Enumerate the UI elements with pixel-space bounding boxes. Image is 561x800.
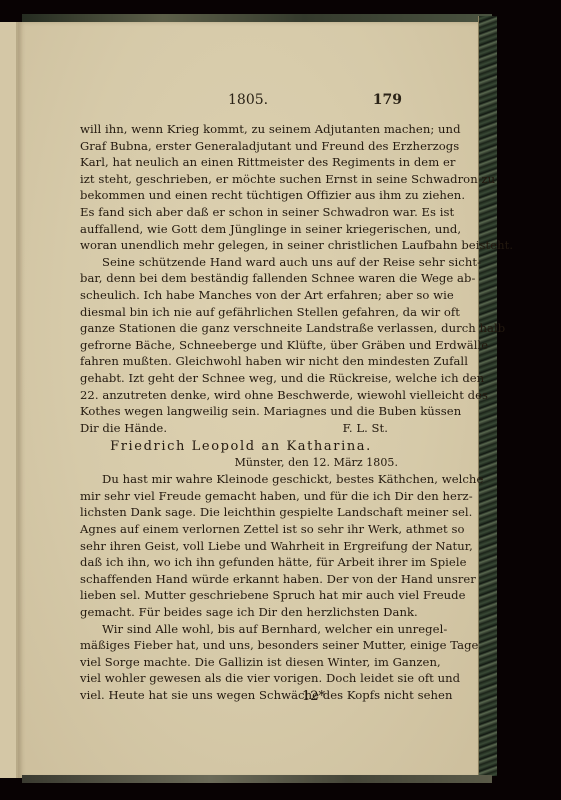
text-line-with-signature: Dir die Hände. F. L. St. (80, 420, 402, 437)
text-line: fahren mußten. Gleichwohl haben wir nich… (80, 353, 402, 370)
book-scan: 1805. 179 will ihn, wenn Krieg kommt, zu… (0, 0, 561, 800)
text-line: izt steht, geschrieben, er möchte suchen… (80, 171, 402, 188)
text-line: bekommen und einen recht tüchtigen Offiz… (80, 187, 402, 204)
text-line: will ihn, wenn Krieg kommt, zu seinem Ad… (80, 121, 402, 138)
text-line: Es fand sich aber daß er schon in seiner… (80, 204, 402, 221)
running-head-year: 1805. (228, 92, 268, 108)
letter-dateline: Münster, den 12. März 1805. (80, 455, 402, 471)
text-line: Seine schützende Hand ward auch uns auf … (80, 254, 402, 271)
text-line: schaffenden Hand würde erkannt haben. De… (80, 571, 402, 588)
text-line: viel. Heute hat sie uns wegen Schwäche d… (80, 687, 402, 704)
running-head: 1805. 179 (80, 92, 402, 112)
text-line: lieben sel. Mutter geschriebene Spruch h… (80, 587, 402, 604)
page-number: 179 (373, 92, 402, 108)
text-line: Du hast mir wahre Kleinode geschickt, be… (80, 471, 402, 488)
letter-heading: Friedrich Leopold an Katharina. (80, 436, 402, 455)
text-line: woran unendlich mehr gelegen, in seiner … (80, 237, 402, 254)
text-line: daß ich ihn, wo ich ihn gefunden hätte, … (80, 554, 402, 571)
text-line: auffallend, wie Gott dem Jünglinge in se… (80, 221, 402, 238)
text-line: sehr ihren Geist, voll Liebe und Wahrhei… (80, 538, 402, 555)
book-cover-edge-bottom (22, 775, 492, 783)
text-line: gefrorne Bäche, Schneeberge und Klüfte, … (80, 337, 402, 354)
text-line: Kothes wegen langweilig sein. Mariagnes … (80, 403, 402, 420)
text-line: ganze Stationen die ganz verschneite Lan… (80, 320, 402, 337)
text-line: Agnes auf einem verlornen Zettel ist so … (80, 521, 402, 538)
text-line: bar, denn bei dem beständig fallenden Sc… (80, 270, 402, 287)
letter-paragraph: Wir sind Alle wohl, bis auf Bernhard, we… (80, 621, 402, 704)
text-line: Dir die Hände. (80, 421, 167, 435)
text-line: lichsten Dank sage. Die leichthin gespie… (80, 504, 402, 521)
text-line: 22. anzutreten denke, wird ohne Beschwer… (80, 387, 402, 404)
text-line: mir sehr viel Freude gemacht haben, und … (80, 488, 402, 505)
text-line: viel wohler gewesen als die vier vorigen… (80, 670, 402, 687)
printer-signature-mark: 12* (302, 689, 325, 704)
text-line: viel Sorge machte. Die Gallizin ist dies… (80, 654, 402, 671)
text-line: Karl, hat neulich an einen Rittmeister d… (80, 154, 402, 171)
text-line: gemacht. Für beides sage ich Dir den her… (80, 604, 402, 621)
text-block: will ihn, wenn Krieg kommt, zu seinem Ad… (80, 121, 402, 704)
gutter (16, 22, 18, 778)
letter-signature: F. L. St. (343, 420, 388, 437)
paragraph-continuation: will ihn, wenn Krieg kommt, zu seinem Ad… (80, 121, 402, 254)
letter-paragraph: Du hast mir wahre Kleinode geschickt, be… (80, 471, 402, 620)
text-line: gehabt. Izt geht der Schnee weg, und die… (80, 370, 402, 387)
text-line: Wir sind Alle wohl, bis auf Bernhard, we… (80, 621, 402, 638)
text-line: mäßiges Fieber hat, und uns, besonders s… (80, 637, 402, 654)
text-line: diesmal bin ich nie auf gefährlichen Ste… (80, 304, 402, 321)
text-line: scheulich. Ich habe Manches von der Art … (80, 287, 402, 304)
text-line: Graf Bubna, erster Generaladjutant und F… (80, 138, 402, 155)
paragraph-journey: Seine schützende Hand ward auch uns auf … (80, 254, 402, 437)
